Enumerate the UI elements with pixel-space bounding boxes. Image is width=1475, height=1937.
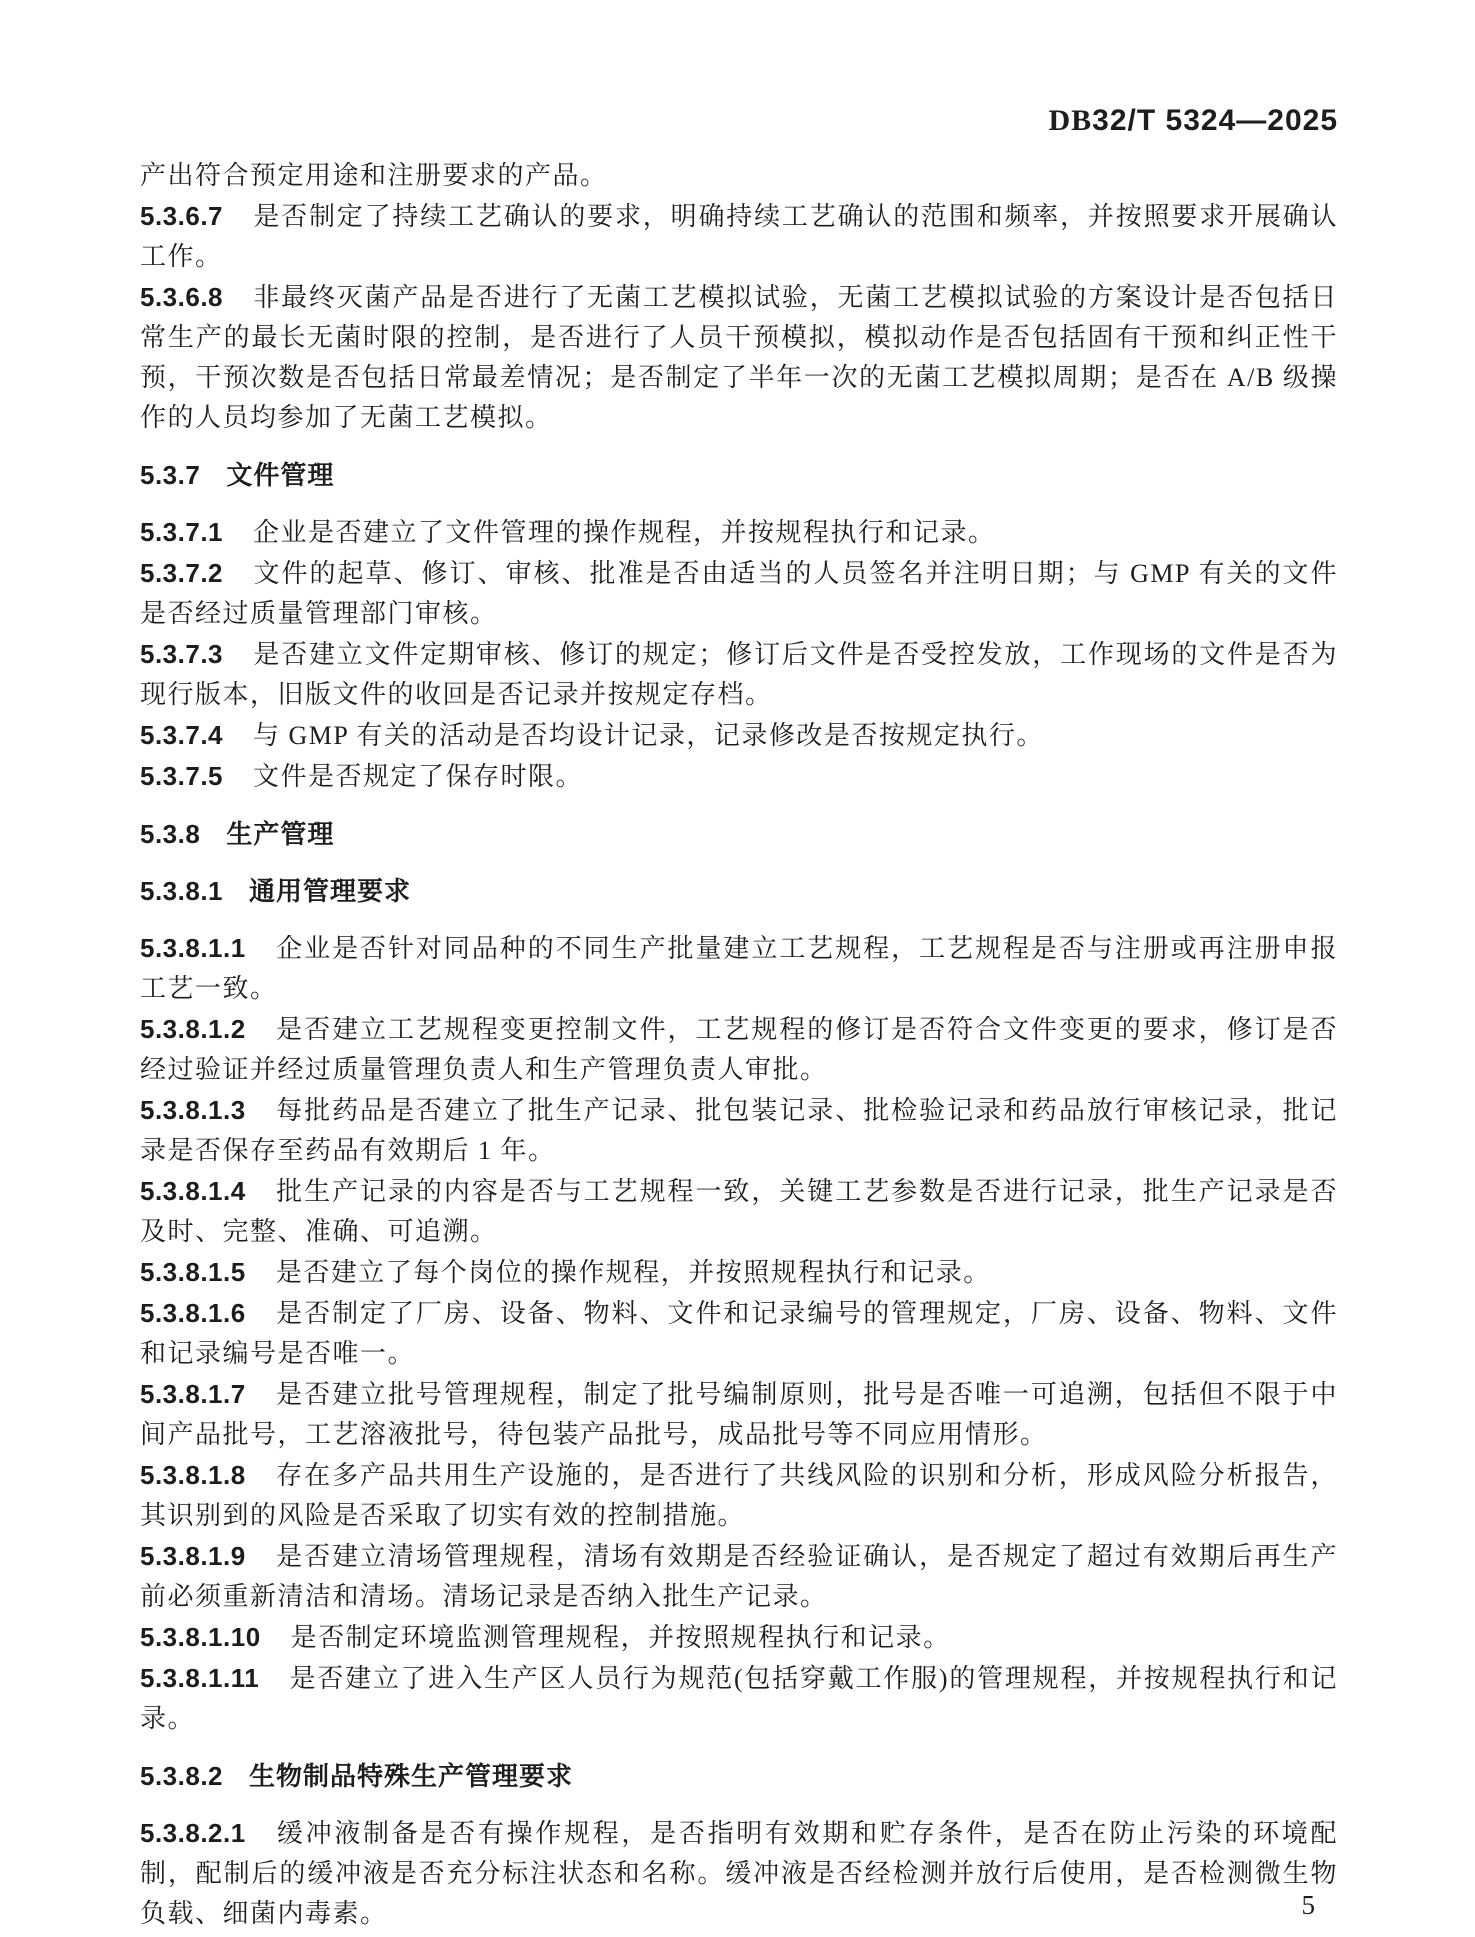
heading-text: 文件管理 xyxy=(226,460,334,490)
heading-text: 生物制品特殊生产管理要求 xyxy=(249,1761,573,1791)
paragraph-text: 产出符合预定用途和注册要求的产品。 xyxy=(140,161,608,190)
clause-number: 5.3.8.1.11 xyxy=(140,1663,259,1693)
clause-number: 5.3.8.1.1 xyxy=(140,933,246,963)
clause-5-3-8-1-3: 5.3.8.1.3每批药品是否建立了批生产记录、批包装记录、批检验记录和药品放行… xyxy=(140,1090,1338,1171)
paragraph-continuation: 产出符合预定用途和注册要求的产品。 xyxy=(140,156,1338,196)
clause-number: 5.3.7.3 xyxy=(140,639,223,669)
clause-text: 文件的起草、修订、审核、批准是否由适当的人员签名并注明日期；与 GMP 有关的文… xyxy=(140,559,1338,628)
clause-text: 企业是否建立了文件管理的操作规程，并按规程执行和记录。 xyxy=(253,518,996,547)
clause-number: 5.3.8.1.7 xyxy=(140,1379,246,1409)
clause-text: 是否建立了进入生产区人员行为规范(包括穿戴工作服)的管理规程，并按规程执行和记录… xyxy=(140,1664,1338,1733)
clause-number: 5.3.8.2.1 xyxy=(140,1818,246,1848)
clause-5-3-8-1-8: 5.3.8.1.8存在多产品共用生产设施的，是否进行了共线风险的识别和分析，形成… xyxy=(140,1455,1338,1536)
clause-5-3-6-8: 5.3.6.8非最终灭菌产品是否进行了无菌工艺模拟试验，无菌工艺模拟试验的方案设… xyxy=(140,277,1338,438)
clause-text: 是否建立工艺规程变更控制文件，工艺规程的修订是否符合文件变更的要求，修订是否经过… xyxy=(140,1015,1338,1084)
heading-5-3-8-2: 5.3.8.2生物制品特殊生产管理要求 xyxy=(140,1756,1338,1796)
clause-text: 是否制定了厂房、设备、物料、文件和记录编号的管理规定，厂房、设备、物料、文件和记… xyxy=(140,1299,1338,1368)
clause-5-3-7-4: 5.3.7.4与 GMP 有关的活动是否均设计记录，记录修改是否按规定执行。 xyxy=(140,715,1338,756)
clause-text: 存在多产品共用生产设施的，是否进行了共线风险的识别和分析，形成风险分析报告，其识… xyxy=(140,1461,1338,1530)
clause-text: 是否建立了每个岗位的操作规程，并按照规程执行和记录。 xyxy=(276,1258,991,1287)
clause-text: 是否制定了持续工艺确认的要求，明确持续工艺确认的范围和频率，并按照要求开展确认工… xyxy=(140,202,1338,271)
clause-text: 缓冲液制备是否有操作规程，是否指明有效期和贮存条件，是否在防止污染的环境配制，配… xyxy=(140,1819,1338,1928)
clause-text: 是否建立文件定期审核、修订的规定；修订后文件是否受控发放，工作现场的文件是否为现… xyxy=(140,640,1338,709)
clause-number: 5.3.8.1.4 xyxy=(140,1176,246,1206)
clause-5-3-8-1-9: 5.3.8.1.9是否建立清场管理规程，清场有效期是否经验证确认，是否规定了超过… xyxy=(140,1536,1338,1617)
clause-text: 每批药品是否建立了批生产记录、批包装记录、批检验记录和药品放行审核记录，批记录是… xyxy=(140,1096,1338,1165)
clause-number: 5.3.6.8 xyxy=(140,282,223,312)
clause-number: 5.3.8.1.2 xyxy=(140,1014,246,1044)
heading-number: 5.3.8 xyxy=(140,819,200,849)
clause-5-3-6-7: 5.3.6.7是否制定了持续工艺确认的要求，明确持续工艺确认的范围和频率，并按照… xyxy=(140,196,1338,277)
heading-5-3-8-1: 5.3.8.1通用管理要求 xyxy=(140,871,1338,911)
clause-number: 5.3.7.1 xyxy=(140,517,223,547)
heading-number: 5.3.7 xyxy=(140,460,200,490)
clause-text: 企业是否针对同品种的不同生产批量建立工艺规程，工艺规程是否与注册或再注册申报工艺… xyxy=(140,934,1338,1003)
clause-number: 5.3.7.5 xyxy=(140,761,223,791)
page-number: 5 xyxy=(1302,1890,1316,1921)
clause-text: 批生产记录的内容是否与工艺规程一致，关键工艺参数是否进行记录，批生产记录是否及时… xyxy=(140,1177,1338,1246)
clause-5-3-7-2: 5.3.7.2文件的起草、修订、审核、批准是否由适当的人员签名并注明日期；与 G… xyxy=(140,553,1338,634)
clause-5-3-8-2-1: 5.3.8.2.1缓冲液制备是否有操作规程，是否指明有效期和贮存条件，是否在防止… xyxy=(140,1813,1338,1934)
clause-text: 是否建立批号管理规程，制定了批号编制原则，批号是否唯一可追溯，包括但不限于中间产… xyxy=(140,1380,1338,1449)
clause-number: 5.3.6.7 xyxy=(140,201,223,231)
clause-text: 是否建立清场管理规程，清场有效期是否经验证确认，是否规定了超过有效期后再生产前必… xyxy=(140,1542,1338,1611)
heading-number: 5.3.8.2 xyxy=(140,1761,223,1791)
clause-text: 是否制定环境监测管理规程，并按照规程执行和记录。 xyxy=(291,1623,951,1652)
clause-5-3-7-5: 5.3.7.5文件是否规定了保存时限。 xyxy=(140,756,1338,797)
clause-number: 5.3.8.1.3 xyxy=(140,1095,246,1125)
clause-5-3-8-1-6: 5.3.8.1.6是否制定了厂房、设备、物料、文件和记录编号的管理规定，厂房、设… xyxy=(140,1293,1338,1374)
clause-5-3-8-1-10: 5.3.8.1.10是否制定环境监测管理规程，并按照规程执行和记录。 xyxy=(140,1617,1338,1658)
clause-5-3-8-1-1: 5.3.8.1.1企业是否针对同品种的不同生产批量建立工艺规程，工艺规程是否与注… xyxy=(140,928,1338,1009)
clause-number: 5.3.8.1.5 xyxy=(140,1257,246,1287)
clause-number: 5.3.7.4 xyxy=(140,720,223,750)
heading-5-3-7: 5.3.7文件管理 xyxy=(140,455,1338,495)
clause-5-3-7-3: 5.3.7.3是否建立文件定期审核、修订的规定；修订后文件是否受控发放，工作现场… xyxy=(140,634,1338,715)
clause-number: 5.3.8.1.10 xyxy=(140,1622,261,1652)
clause-text: 非最终灭菌产品是否进行了无菌工艺模拟试验，无菌工艺模拟试验的方案设计是否包括日常… xyxy=(140,283,1338,432)
clause-5-3-8-1-7: 5.3.8.1.7是否建立批号管理规程，制定了批号编制原则，批号是否唯一可追溯，… xyxy=(140,1374,1338,1455)
clause-5-3-8-1-5: 5.3.8.1.5是否建立了每个岗位的操作规程，并按照规程执行和记录。 xyxy=(140,1252,1338,1293)
clause-number: 5.3.8.1.6 xyxy=(140,1298,246,1328)
document-code-prefix: DB xyxy=(1048,104,1092,137)
heading-text: 生产管理 xyxy=(226,819,334,849)
clause-number: 5.3.8.1.9 xyxy=(140,1541,246,1571)
clause-number: 5.3.8.1.8 xyxy=(140,1460,246,1490)
document-body: 产出符合预定用途和注册要求的产品。 5.3.6.7是否制定了持续工艺确认的要求，… xyxy=(140,156,1338,1934)
document-code-number: 32/T 5324—2025 xyxy=(1092,104,1338,137)
clause-5-3-8-1-11: 5.3.8.1.11是否建立了进入生产区人员行为规范(包括穿戴工作服)的管理规程… xyxy=(140,1658,1338,1739)
document-code: DB32/T 5324—2025 xyxy=(1048,104,1338,138)
clause-text: 与 GMP 有关的活动是否均设计记录，记录修改是否按规定执行。 xyxy=(253,721,1044,750)
heading-5-3-8: 5.3.8生产管理 xyxy=(140,814,1338,854)
heading-text: 通用管理要求 xyxy=(249,876,411,906)
document-page: DB32/T 5324—2025 产出符合预定用途和注册要求的产品。 5.3.6… xyxy=(0,0,1475,1937)
clause-5-3-8-1-2: 5.3.8.1.2是否建立工艺规程变更控制文件，工艺规程的修订是否符合文件变更的… xyxy=(140,1009,1338,1090)
heading-number: 5.3.8.1 xyxy=(140,876,223,906)
clause-text: 文件是否规定了保存时限。 xyxy=(253,762,583,791)
clause-number: 5.3.7.2 xyxy=(140,558,223,588)
clause-5-3-8-1-4: 5.3.8.1.4批生产记录的内容是否与工艺规程一致，关键工艺参数是否进行记录，… xyxy=(140,1171,1338,1252)
clause-5-3-7-1: 5.3.7.1企业是否建立了文件管理的操作规程，并按规程执行和记录。 xyxy=(140,512,1338,553)
